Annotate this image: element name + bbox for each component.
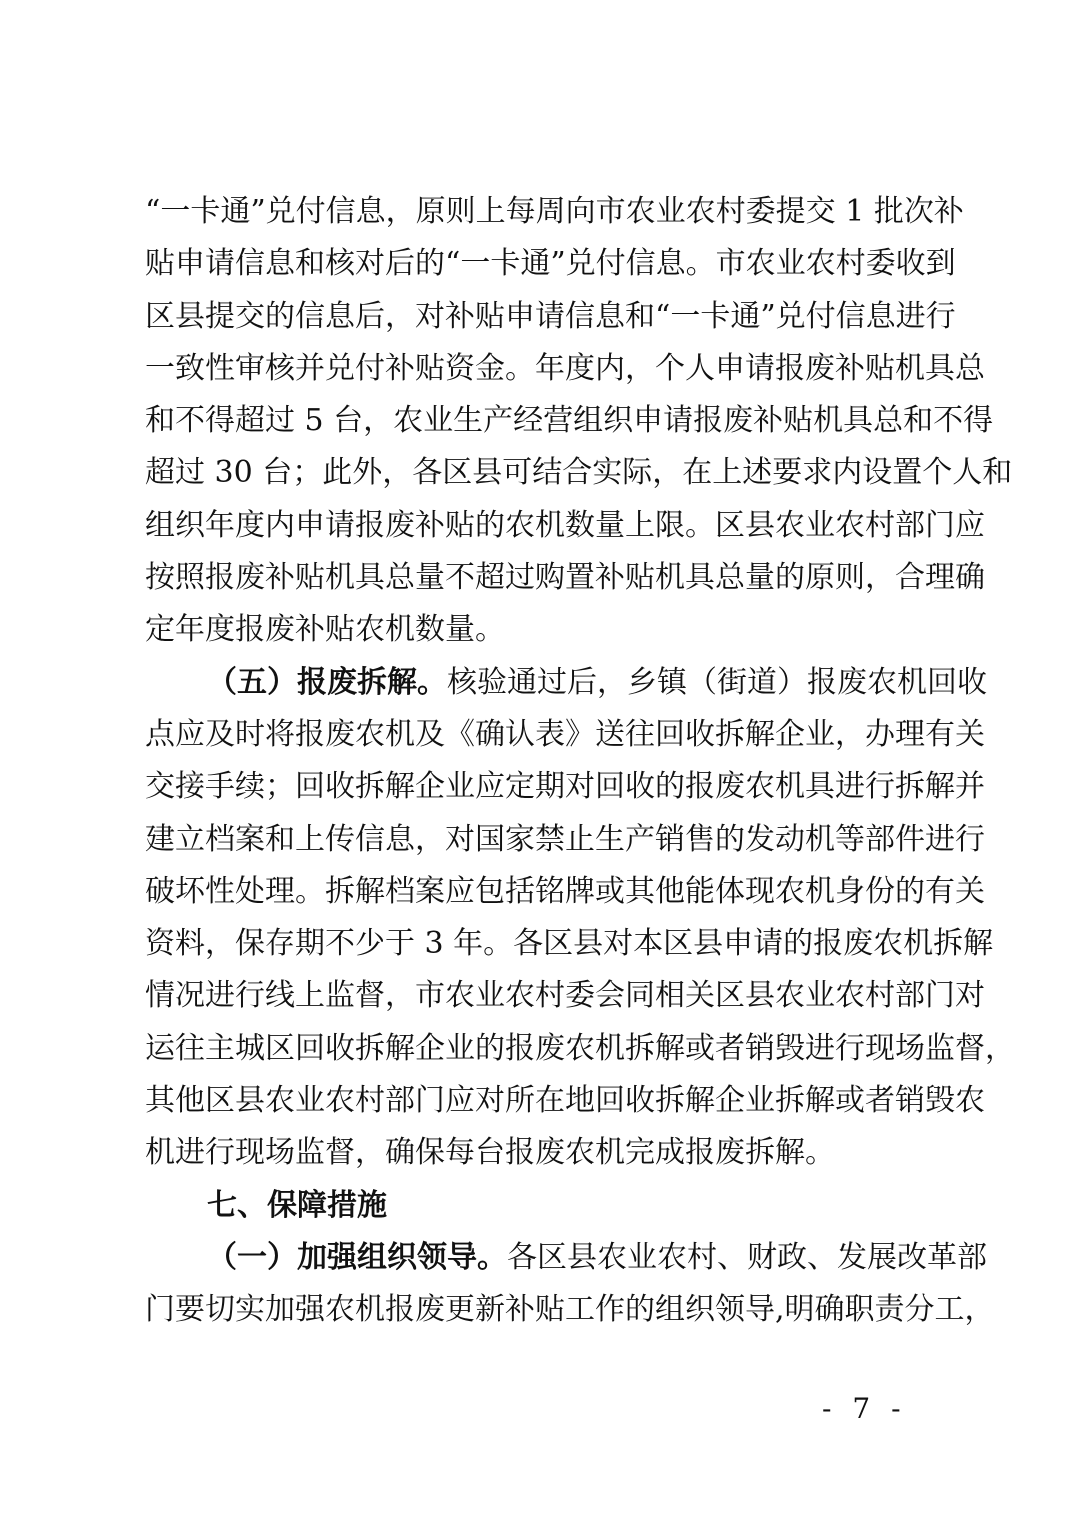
text-line: 其他区县农业农村部门应对所在地回收拆解企业拆解或者销毁农 bbox=[145, 1075, 947, 1127]
page-number: - 7 - bbox=[822, 1392, 907, 1425]
text-line: 超过 30 台；此外，各区县可结合实际，在上述要求内设置个人和 bbox=[145, 447, 947, 499]
text-line: 破坏性处理。拆解档案应包括铭牌或其他能体现农机身份的有关 bbox=[145, 866, 947, 918]
text-line: “一卡通”兑付信息，原则上每周向市农业农村委提交 1 批次补 bbox=[145, 186, 947, 238]
section-5-first-line: （五）报废拆解。核验通过后，乡镇（街道）报废农机回收 bbox=[145, 657, 947, 709]
text-line: 和不得超过 5 台，农业生产经营组织申请报废补贴机具总和不得 bbox=[145, 395, 947, 447]
section-heading: 七、保障措施 bbox=[145, 1180, 947, 1232]
body-text: “一卡通”兑付信息，原则上每周向市农业农村委提交 1 批次补 贴申请信息和核对后… bbox=[145, 186, 947, 1337]
text-line: 贴申请信息和核对后的“一卡通”兑付信息。市农业农村委收到 bbox=[145, 238, 947, 290]
text-line: 交接手续；回收拆解企业应定期对回收的报废农机具进行拆解并 bbox=[145, 761, 947, 813]
section-5-label: （五）报废拆解。 bbox=[207, 665, 447, 700]
section-7-1-first-line: （一）加强组织领导。各区县农业农村、财政、发展改革部 bbox=[145, 1232, 947, 1284]
document-page: “一卡通”兑付信息，原则上每周向市农业农村委提交 1 批次补 贴申请信息和核对后… bbox=[0, 0, 1074, 1520]
text-line: 机进行现场监督，确保每台报废农机完成报废拆解。 bbox=[145, 1127, 947, 1179]
text-line: 门要切实加强农机报废更新补贴工作的组织领导,明确职责分工， bbox=[145, 1284, 947, 1336]
text-line: 定年度报废补贴农机数量。 bbox=[145, 604, 947, 656]
section-5-text: 核验通过后，乡镇（街道）报废农机回收 bbox=[447, 665, 987, 700]
text-line: 点应及时将报废农机及《确认表》送往回收拆解企业，办理有关 bbox=[145, 709, 947, 761]
text-line: 运往主城区回收拆解企业的报废农机拆解或者销毁进行现场监督， bbox=[145, 1023, 947, 1075]
section-7-1-label: （一）加强组织领导。 bbox=[207, 1240, 507, 1275]
section-7-1-text: 各区县农业农村、财政、发展改革部 bbox=[507, 1240, 987, 1275]
text-line: 按照报废补贴机具总量不超过购置补贴机具总量的原则，合理确 bbox=[145, 552, 947, 604]
text-line: 区县提交的信息后，对补贴申请信息和“一卡通”兑付信息进行 bbox=[145, 291, 947, 343]
text-line: 建立档案和上传信息，对国家禁止生产销售的发动机等部件进行 bbox=[145, 814, 947, 866]
text-line: 组织年度内申请报废补贴的农机数量上限。区县农业农村部门应 bbox=[145, 500, 947, 552]
text-line: 资料，保存期不少于 3 年。各区县对本区县申请的报废农机拆解 bbox=[145, 918, 947, 970]
text-line: 情况进行线上监督，市农业农村委会同相关区县农业农村部门对 bbox=[145, 970, 947, 1022]
text-line: 一致性审核并兑付补贴资金。年度内，个人申请报废补贴机具总 bbox=[145, 343, 947, 395]
